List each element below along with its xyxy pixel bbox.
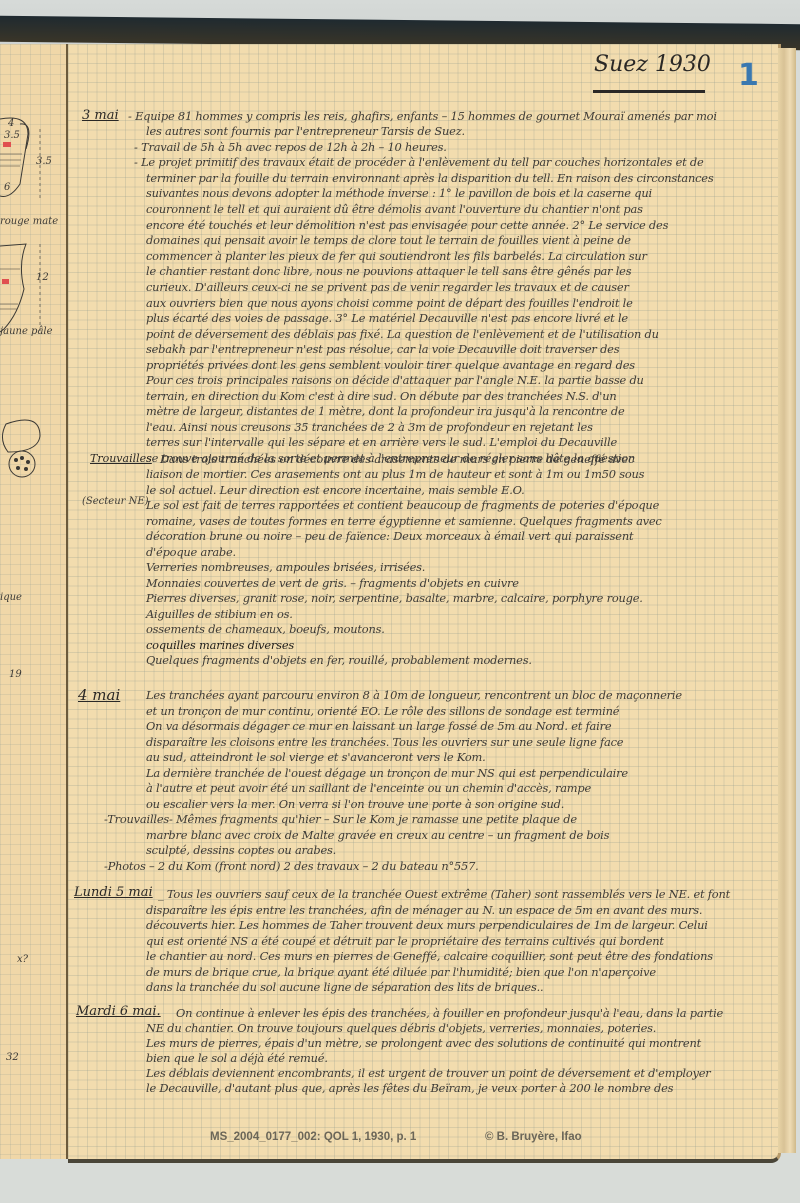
margin-label: jaune pâle	[0, 326, 53, 337]
margin-label: 32	[6, 1052, 19, 1063]
margin-label: 3.5	[4, 130, 20, 141]
entry-line: Dans trois tranchées on découvre des ara…	[160, 452, 634, 468]
title-underline	[593, 90, 705, 93]
entry-line: l'eau. Ainsi nous creusons 35 tranchées …	[146, 420, 593, 436]
entry-line: - Equipe 81 hommes y compris les reis, g…	[128, 109, 717, 125]
entry-line: au sud, atteindront le sol vierge et s'a…	[146, 750, 486, 766]
entry-line: terminer par la fouille du terrain envir…	[146, 171, 714, 187]
copyright-notice: © B. Bruyère, Ifao	[485, 1131, 582, 1143]
entry-line: le chantier au nord. Ces murs en pierres…	[146, 949, 713, 965]
entry-date: 3 mai	[82, 108, 119, 123]
entry-line: Le sol est fait de terres rapportées et …	[146, 498, 659, 514]
entry-date: Trouvailles	[90, 452, 152, 465]
entry-line: Quelques fragments d'objets en fer, roui…	[146, 653, 532, 669]
entry-line: découverts hier. Les hommes de Taher tro…	[146, 918, 708, 934]
entry-line: Verreries nombreuses, ampoules brisées, …	[146, 560, 425, 576]
entry-line: le chantier restant donc libre, nous ne …	[146, 264, 631, 280]
entry-date: (Secteur NE)	[82, 496, 149, 507]
entry-line: NE du chantier. On trouve toujours quelq…	[146, 1021, 656, 1037]
entry-line: et un tronçon de mur continu, orienté EO…	[146, 704, 619, 720]
entry-line: ossements de chameaux, boeufs, moutons.	[146, 622, 385, 638]
entry-line: terrain, en direction du Kom c'est à dir…	[146, 389, 617, 405]
entry-line: aux ouvriers bien que nous ayons choisi …	[146, 296, 633, 312]
entry-line: - Travail de 5h à 5h avec repos de 12h à…	[134, 140, 447, 156]
entry-date: 4 mai	[78, 686, 120, 704]
margin-label: rouge mate	[0, 216, 58, 227]
margin-label: ique	[0, 592, 22, 603]
entry-line: curieux. D'ailleurs ceux-ci ne se priven…	[146, 280, 629, 296]
entry-line: plus écarté des voies de passage. 3° Le …	[146, 311, 628, 327]
entry-line: point de déversement des déblais pas fix…	[146, 327, 659, 343]
entry-line: La dernière tranchée de l'ouest dégage u…	[146, 766, 628, 782]
entry-line: ou escalier vers la mer. On verra si l'o…	[146, 797, 564, 813]
entry-line: Monnaies couvertes de vert de gris. – fr…	[146, 576, 519, 592]
entry-line: propriétés privées dont les gens semblen…	[146, 358, 635, 374]
entry-line: Pierres diverses, granit rose, noir, ser…	[146, 591, 643, 607]
entry-line: commencer à planter les pieux de fer qui…	[146, 249, 647, 265]
left-page-margin: 4 3.5 3.5 6 rouge mate 12 jaune pâle iqu…	[0, 44, 68, 1159]
entry-line: qui est orienté NS a été coupé et détrui…	[146, 934, 664, 950]
entry-line: Les murs de pierres, épais d'un mètre, s…	[146, 1036, 701, 1052]
entry-line: Les déblais deviennent encombrants, il e…	[146, 1066, 711, 1082]
entry-date: Mardi 6 mai.	[76, 1004, 161, 1019]
entry-line: le Decauville, d'autant plus que, après …	[146, 1081, 673, 1097]
page-stack-edge	[778, 48, 796, 1153]
entry-line: -Trouvailles- Mêmes fragments qu'hier – …	[104, 812, 577, 828]
entry-line: de murs de brique crue, la brique ayant …	[146, 965, 656, 981]
entry-line: décoration brune ou noire – peu de faïen…	[146, 529, 633, 545]
entry-line: Les tranchées ayant parcouru environ 8 à…	[146, 688, 682, 704]
entry-line: romaine, vases de toutes formes en terre…	[146, 514, 662, 530]
entry-line: bien que le sol a déjà été remué.	[146, 1051, 328, 1067]
entry-date: Lundi 5 mai	[74, 885, 153, 900]
entry-line: sebakh par l'entrepreneur n'est pas réso…	[146, 342, 619, 358]
entry-line: les autres sont fournis par l'entreprene…	[146, 124, 465, 140]
entry-line: coquilles marines diverses	[146, 638, 294, 654]
entry-line: suivantes nous devons adopter la méthode…	[146, 186, 652, 202]
entry-line: disparaître les épis entre les tranchées…	[146, 903, 702, 919]
entry-line: couronnent le tell et qui auraient dû êt…	[146, 202, 643, 218]
margin-label: 19	[9, 669, 22, 680]
margin-label: 6	[4, 182, 10, 193]
margin-label: 12	[36, 272, 49, 283]
entry-line: -Photos – 2 du Kom (front nord) 2 des tr…	[104, 859, 479, 875]
margin-label: 3.5	[36, 156, 52, 167]
entry-line: On va désormais dégager ce mur en laissa…	[146, 719, 611, 735]
entry-line: - Le projet primitif des travaux était d…	[134, 155, 704, 171]
page-number: 1	[738, 58, 759, 93]
entry-line: liaison de mortier. Ces arasements ont a…	[146, 467, 644, 483]
margin-label: 4	[8, 118, 14, 129]
entry-line: à l'autre et peut avoir été un saillant …	[146, 781, 591, 797]
entry-line: _ Tous les ouvriers sauf ceux de la tran…	[158, 887, 730, 903]
entry-line: Pour ces trois principales raisons on dé…	[146, 373, 644, 389]
entry-line: terres sur l'intervalle qui les sépare e…	[146, 435, 617, 451]
entry-line: le sol actuel. Leur direction est encore…	[146, 483, 525, 499]
archive-reference: MS_2004_0177_002: QOL 1, 1930, p. 1	[210, 1131, 416, 1143]
entry-line: encore été touchés et leur démolition n'…	[146, 218, 668, 234]
entry-line: marbre blanc avec croix de Malte gravée …	[146, 828, 609, 844]
entry-line: On continue à enlever les épis des tranc…	[176, 1006, 723, 1022]
entry-line: sculpté, dessins coptes ou arabes.	[146, 843, 336, 859]
entry-line: d'époque arabe.	[146, 545, 236, 561]
entry-line: Aiguilles de stibium en os.	[146, 607, 293, 623]
page-title: Suez 1930	[594, 52, 711, 77]
entry-line: dans la tranchée du sol aucune ligne de …	[146, 980, 543, 996]
entry-line: domaines qui pensait avoir le temps de c…	[146, 233, 631, 249]
margin-label: x?	[17, 954, 28, 965]
entry-line: mètre de largeur, distantes de 1 mètre, …	[146, 404, 625, 420]
entry-line: disparaître les cloisons entre les tranc…	[146, 735, 623, 751]
